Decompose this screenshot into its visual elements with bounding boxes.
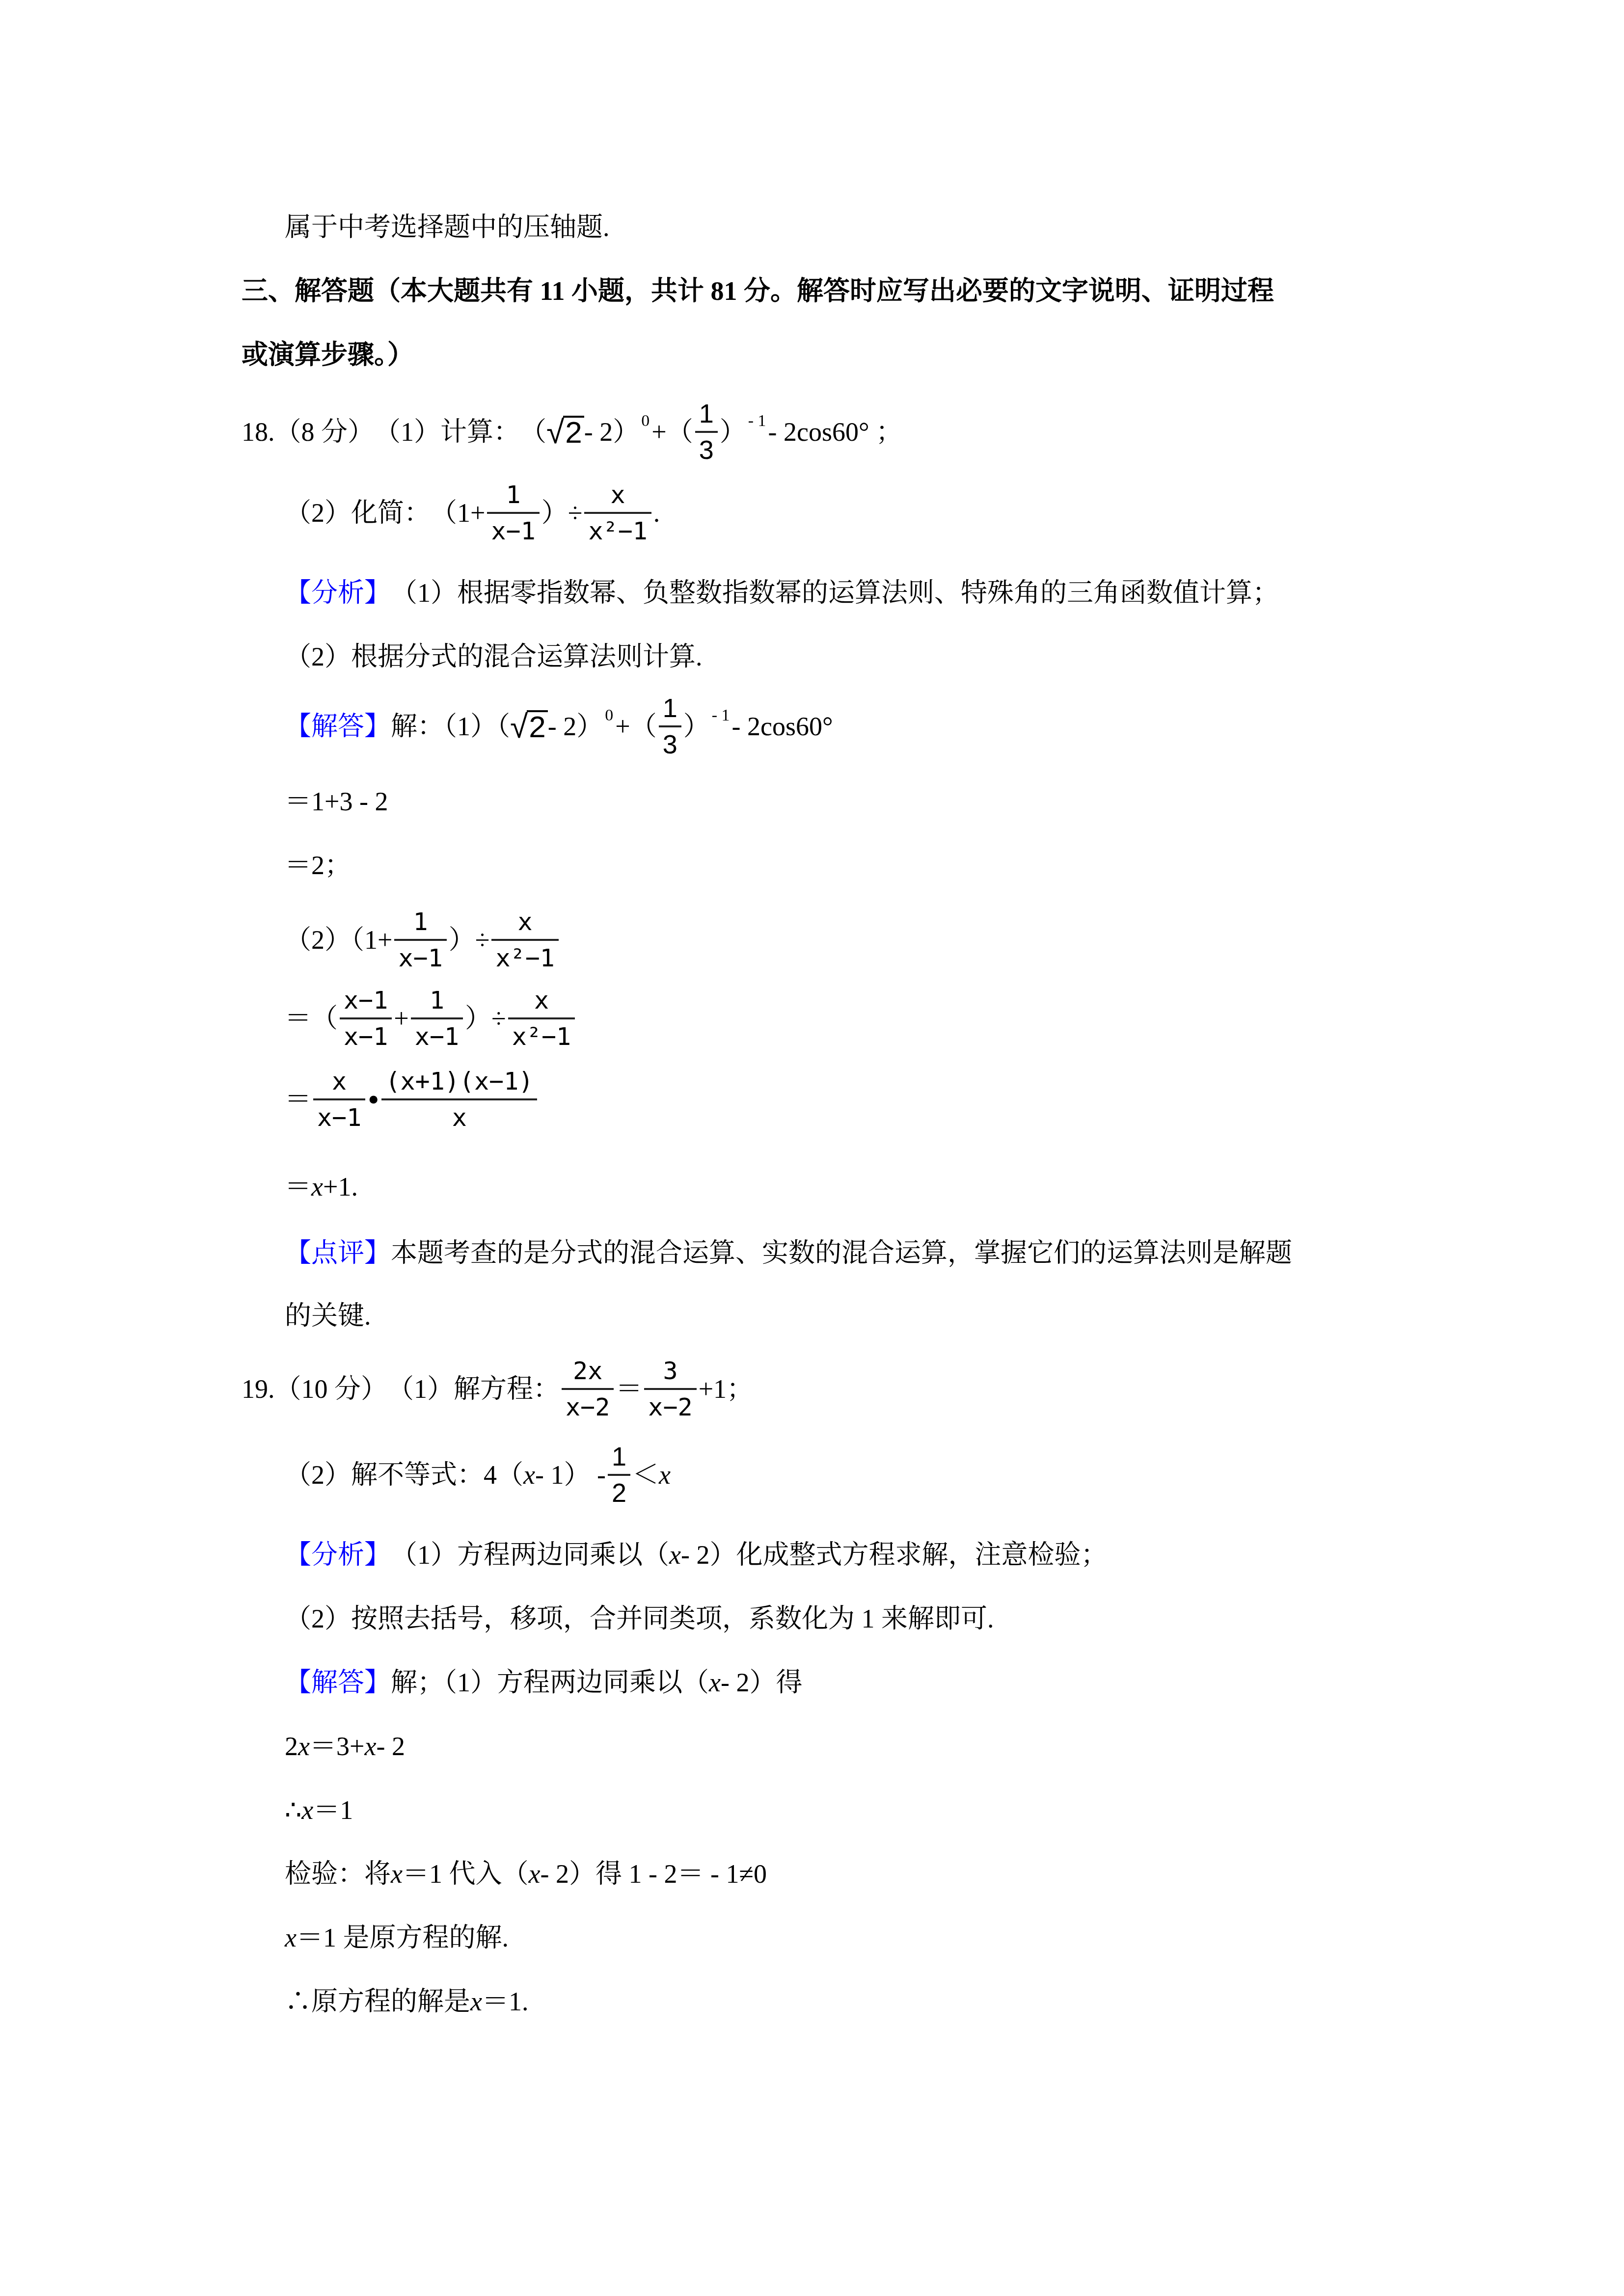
intro-text: 属于中考选择题中的压轴题. <box>285 211 610 243</box>
expr-text: +1； <box>699 1373 753 1405</box>
q18-analysis-line2: （2）根据分式的混合运算法则计算. <box>285 641 703 673</box>
fraction-denominator: x−1 <box>340 1022 392 1051</box>
fraction-denominator: 3 <box>695 436 718 464</box>
q19-step2: ∴ x ＝1 <box>285 1794 353 1826</box>
exponent: - 1 <box>748 405 766 437</box>
expr-text: - 2） <box>584 416 639 448</box>
expr-text: ＝1 是原方程的解. <box>297 1922 509 1954</box>
fraction-bar <box>695 431 718 433</box>
q18-step1: ＝1+3 - 2 <box>285 785 388 818</box>
fraction-bar <box>313 1098 365 1100</box>
fraction: x−1 x−1 <box>340 986 392 1051</box>
expr-text: ）÷ <box>541 497 583 529</box>
fraction: 1 x−1 <box>394 908 446 972</box>
section-header-text-2: 或演算步骤。） <box>242 339 414 371</box>
expr-text: （1+ <box>431 497 485 529</box>
q19-answer-intro: 【解答】 解；（1）方程两边同乘以（ x - 2）得 <box>285 1666 802 1699</box>
expr-text: 检验：将 <box>285 1858 391 1890</box>
q18-analysis-line1: 【分析】 （1）根据零指数幂、负整数指数幂的运算法则、特殊角的三角函数值计算； <box>285 577 1279 609</box>
fraction: x x²−1 <box>491 908 558 972</box>
part-label: （1）计算： <box>374 416 520 448</box>
radicand: 2 <box>563 416 584 448</box>
variable: x <box>523 1459 535 1491</box>
answer-tag: 【解答】 <box>285 710 391 743</box>
q18-p2-step1: ＝（ x−1 x−1 + 1 x−1 ）÷ x x²−1 <box>285 979 577 1058</box>
fraction-bar <box>487 512 539 514</box>
fraction-denominator: x−2 <box>644 1393 696 1421</box>
fraction-bar <box>608 1474 630 1476</box>
fraction-numerator: 1 <box>502 481 525 509</box>
fraction-numerator: x <box>328 1067 351 1095</box>
fraction: (x+1)(x−1) x <box>381 1067 537 1132</box>
part-label: （1）解方程： <box>387 1373 560 1405</box>
fraction-bar <box>340 1017 392 1019</box>
expr-text: ）÷ <box>449 924 490 956</box>
fraction-bar <box>491 939 558 941</box>
paren-close: ） <box>720 416 746 448</box>
fraction-denominator: 2 <box>608 1479 630 1507</box>
fraction-denominator: 3 <box>659 730 681 759</box>
q18-part2: （2）化简： （1+ 1 x−1 ）÷ x x²−1 . <box>285 476 660 550</box>
q18-p2-restate: （2）（1+ 1 x−1 ）÷ x x²−1 <box>285 901 561 979</box>
q19-part1: 19. （10 分） （1）解方程： 2x x−2 ＝ 3 x−2 +1； <box>242 1355 753 1423</box>
fraction: 2x x−2 <box>562 1357 614 1421</box>
fraction: 1 3 <box>695 400 718 464</box>
variable: x <box>709 1666 721 1699</box>
expr-text: ＜ <box>632 1459 659 1491</box>
fraction-denominator: x²−1 <box>584 517 651 545</box>
q19-analysis-line1: 【分析】 （1）方程两边同乘以（ x - 2）化成整式方程求解，注意检验； <box>285 1539 1107 1571</box>
radicand: 2 <box>527 710 547 743</box>
analysis-text: （2）根据分式的混合运算法则计算. <box>285 641 703 673</box>
q18-answer-intro: 【解答】 解：（1）（ √2 - 2） 0 +（ 1 3 ） - 1 - 2co… <box>285 697 833 756</box>
q18-p2-result: ＝ x +1. <box>285 1171 358 1203</box>
fraction-denominator: x−1 <box>411 1022 463 1051</box>
multiply-dot-icon: • <box>368 1083 379 1116</box>
fraction: 3 x−2 <box>644 1357 696 1421</box>
analysis-text: （1）方程两边同乘以（ <box>391 1539 669 1571</box>
comment-text: 的关键. <box>285 1300 371 1332</box>
comment-text: 本题考查的是分式的混合运算、实数的混合运算，掌握它们的运算法则是解题 <box>391 1237 1292 1269</box>
part-label: （2）化简： <box>285 497 431 529</box>
fraction: 1 x−1 <box>487 481 539 545</box>
q19-check: 检验：将 x ＝1 代入（ x - 2）得 1 - 2＝ - 1≠0 <box>285 1858 767 1890</box>
expr-text: ＝ <box>285 1171 311 1203</box>
step-text: ＝1+3 - 2 <box>285 785 388 818</box>
therefore-icon: ∴ <box>285 1794 301 1826</box>
expr-text: +（ <box>615 710 656 743</box>
expr-text: . <box>653 497 660 529</box>
fraction-numerator: x−1 <box>340 986 392 1015</box>
fraction: x x²−1 <box>508 986 575 1051</box>
fraction-bar <box>411 1017 463 1019</box>
sqrt-expression: √2 <box>546 416 584 448</box>
fraction-denominator: x <box>448 1103 471 1132</box>
fraction-numerator: x <box>530 986 553 1015</box>
fraction-numerator: 1 <box>426 986 448 1015</box>
fraction-numerator: x <box>514 908 537 936</box>
expr-text: ∴原方程的解是 <box>285 1985 470 2018</box>
expr-text: +1. <box>323 1171 358 1203</box>
fraction-bar <box>562 1388 614 1390</box>
fraction-bar <box>381 1098 537 1100</box>
answer-text: 解；（1）方程两边同乘以（ <box>391 1666 709 1699</box>
exponent: 0 <box>641 405 650 437</box>
fraction-denominator: x−1 <box>394 944 446 972</box>
fraction-numerator: 2x <box>569 1357 606 1385</box>
fraction-denominator: x²−1 <box>508 1022 575 1051</box>
variable: x <box>528 1858 540 1890</box>
q18-step2: ＝2； <box>285 849 351 881</box>
fraction: x x−1 <box>313 1067 365 1132</box>
expr-text: ＝1. <box>482 1985 529 2018</box>
q19-part2: （2）解不等式：4（ x - 1） - 1 2 ＜ x <box>285 1441 671 1509</box>
expr-text: ＝3+ <box>310 1730 364 1762</box>
question-score: （8 分） <box>275 416 375 448</box>
variable: x <box>311 1171 323 1203</box>
answer-text: - 2）得 <box>721 1666 802 1699</box>
fraction: 1 2 <box>608 1442 630 1507</box>
fraction-bar <box>659 725 681 727</box>
fraction-numerator: 1 <box>695 400 718 428</box>
variable: x <box>659 1459 671 1491</box>
q19-step1: 2 x ＝3+ x - 2 <box>285 1730 405 1762</box>
section-header-text: 三、解答题（本大题共有 11 小题，共计 81 分。解答时应写出必要的文字说明、… <box>242 275 1274 307</box>
q18-comment-line1: 【点评】 本题考查的是分式的混合运算、实数的混合运算，掌握它们的运算法则是解题 <box>285 1237 1292 1269</box>
analysis-text: - 2）化成整式方程求解，注意检验； <box>681 1539 1107 1571</box>
expr-text: ）÷ <box>465 1002 506 1035</box>
expr-text: ＝1 <box>313 1794 353 1826</box>
fraction-numerator: (x+1)(x−1) <box>381 1067 537 1095</box>
fraction-numerator: 1 <box>659 694 681 722</box>
fraction-denominator: x−1 <box>313 1103 365 1132</box>
exponent: 0 <box>605 699 613 732</box>
step-text: ＝2； <box>285 849 351 881</box>
fraction: 1 3 <box>659 694 681 759</box>
expr-text: - 2 <box>376 1730 405 1762</box>
answer-text: 解：（1）（ <box>391 710 510 743</box>
fraction-numerator: 1 <box>608 1442 630 1471</box>
expr-text: ＝1 代入（ <box>403 1858 529 1890</box>
fraction-bar <box>508 1017 575 1019</box>
variable: x <box>391 1858 403 1890</box>
fraction-numerator: 1 <box>409 908 432 936</box>
expr-text: ＝ <box>285 1083 311 1116</box>
comment-tag: 【点评】 <box>285 1237 391 1269</box>
sqrt-icon: √ <box>510 710 528 743</box>
fraction: x x²−1 <box>584 481 651 545</box>
expr-text: - 2） <box>548 710 603 743</box>
expr-text: - 1） - <box>535 1459 606 1491</box>
document-page: 属于中考选择题中的压轴题. 三、解答题（本大题共有 11 小题，共计 81 分。… <box>0 0 1624 2296</box>
variable: x <box>301 1794 313 1826</box>
intro-line-text: 属于中考选择题中的压轴题. <box>285 211 610 243</box>
question-number: 18. <box>242 416 275 448</box>
section-header-line2: 或演算步骤。） <box>242 339 414 371</box>
part-label: （2）解不等式：4（ <box>285 1459 523 1491</box>
fraction-denominator: x−1 <box>487 517 539 545</box>
expr-text: + <box>394 1002 408 1035</box>
fraction: 1 x−1 <box>411 986 463 1051</box>
sqrt-icon: √ <box>546 416 564 448</box>
q19-conclusion: ∴原方程的解是 x ＝1. <box>285 1985 528 2018</box>
expr-text: +（ <box>651 416 693 448</box>
fraction-denominator: x−2 <box>562 1393 614 1421</box>
analysis-tag: 【分析】 <box>285 1539 391 1571</box>
q19-verify: x ＝1 是原方程的解. <box>285 1922 509 1954</box>
sqrt-expression: √2 <box>510 710 548 743</box>
q18-part1: 18. （8 分） （1）计算： （ √2 - 2） 0 +（ 1 3 ） - … <box>242 405 902 459</box>
expr-text: （2）（1+ <box>285 924 392 956</box>
q18-p2-step2: ＝ x x−1 • (x+1)(x−1) x <box>285 1063 539 1136</box>
analysis-text: （2）按照去括号，移项，合并同类项，系数化为 1 来解即可. <box>285 1602 994 1635</box>
variable: x <box>285 1922 297 1954</box>
expr-text: ＝ <box>616 1373 642 1405</box>
fraction-bar <box>584 512 651 514</box>
analysis-text: （1）根据零指数幂、负整数指数幂的运算法则、特殊角的三角函数值计算； <box>391 577 1279 609</box>
fraction-numerator: x <box>607 481 629 509</box>
fraction-bar <box>644 1388 696 1390</box>
expr-text: - 2）得 1 - 2＝ - 1≠0 <box>540 1858 767 1890</box>
fraction-bar <box>394 939 446 941</box>
q18-comment-line2: 的关键. <box>285 1300 371 1332</box>
fraction-denominator: x²−1 <box>491 944 558 972</box>
expr-text: 2 <box>285 1730 298 1762</box>
expr-text: ＝（ <box>285 1002 338 1035</box>
variable: x <box>470 1985 482 2018</box>
expr-text: - 2cos60° ； <box>768 416 903 448</box>
variable: x <box>364 1730 376 1762</box>
answer-tag: 【解答】 <box>285 1666 391 1699</box>
question-score: （10 分） <box>275 1373 388 1405</box>
variable: x <box>298 1730 310 1762</box>
fraction-numerator: 3 <box>659 1357 681 1385</box>
question-number: 19. <box>242 1373 275 1405</box>
exponent: - 1 <box>712 699 730 732</box>
q19-analysis-line2: （2）按照去括号，移项，合并同类项，系数化为 1 来解即可. <box>285 1602 994 1635</box>
paren-close: ） <box>683 710 710 743</box>
paren-open: （ <box>520 416 546 448</box>
section-header-line1: 三、解答题（本大题共有 11 小题，共计 81 分。解答时应写出必要的文字说明、… <box>242 275 1274 307</box>
expr-text: - 2cos60° <box>732 710 833 743</box>
analysis-tag: 【分析】 <box>285 577 391 609</box>
variable: x <box>669 1539 681 1571</box>
